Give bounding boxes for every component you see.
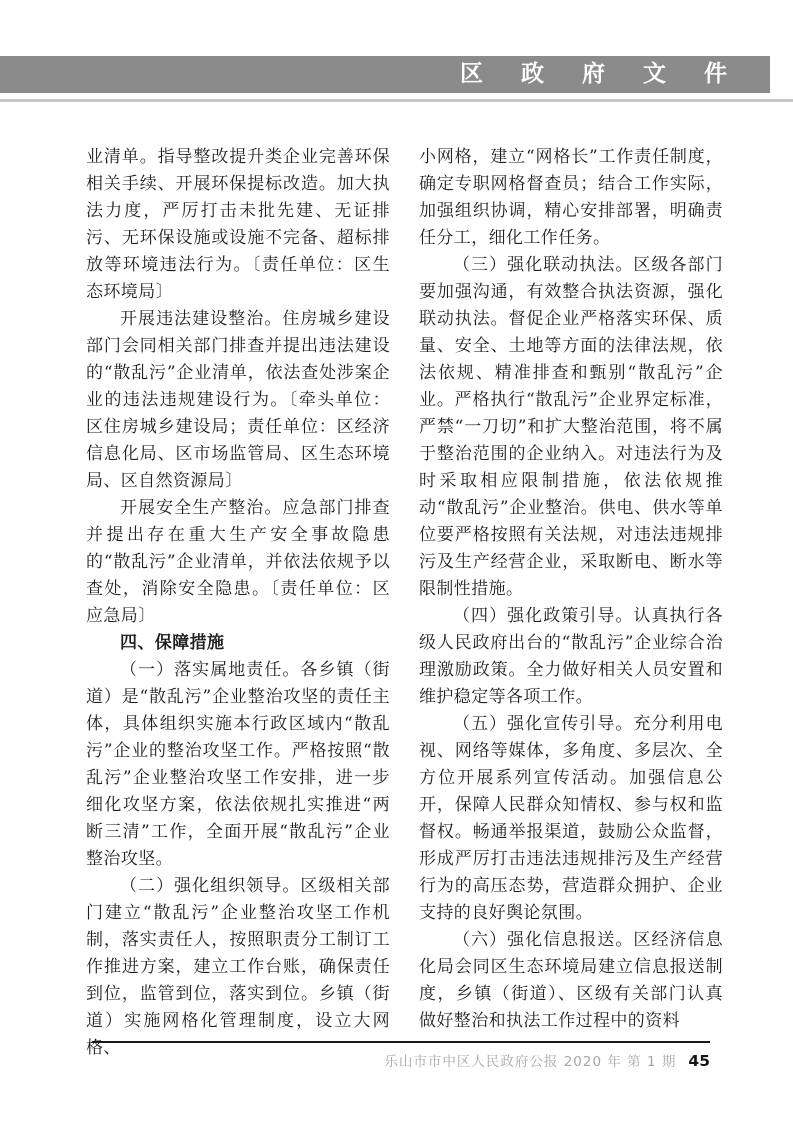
gazette-page: 区 政 府 文 件 业清单。指导整改提升类企业完善环保相关手续、开展环保提标改造… [0,0,793,1122]
section-heading: 四、保障措施 [86,630,390,657]
paragraph: 开展违法建设整治。住房城乡建设部门会同相关部门排查并提出违法建设的“散乱污”企业… [86,306,390,495]
paragraph: （五）强化宣传引导。充分利用电视、网络等媒体，多角度、多层次、全方位开展系列宣传… [419,711,723,927]
paragraph: 开展安全生产整治。应急部门排查并提出存在重大生产安全事故隐患的“散乱污”企业清单… [86,495,390,630]
footer-publication-text: 乐山市市中区人民政府公报 2020 年 第 1 期 [384,1054,676,1070]
footer-page-number: 45 [688,1052,710,1070]
header-title: 区 政 府 文 件 [460,63,742,86]
paragraph: （二）强化组织领导。区级相关部门建立“散乱污”企业整治攻坚工作机制，落实责任人，… [86,873,390,1062]
paragraph: 业清单。指导整改提升类企业完善环保相关手续、开展环保提标改造。加大执法力度，严厉… [86,144,390,306]
paragraph: （六）强化信息报送。区经济信息化局会同区生态环境局建立信息报送制度，乡镇（街道）… [419,927,723,1035]
header-rule [0,99,793,102]
footer-rule [92,1041,710,1043]
paragraph: （四）强化政策引导。认真执行各级人民政府出台的“散乱污”企业综合治理激励政策。全… [419,603,723,711]
header-bar: 区 政 府 文 件 [0,56,770,93]
paragraph: （一）落实属地责任。各乡镇（街道）是“散乱污”企业整治攻坚的责任主体，具体组织实… [86,657,390,873]
text-column-right: 小网格，建立“网格长”工作责任制度，确定专职网格督查员；结合工作实际，加强组织协… [419,144,723,1035]
footer: 乐山市市中区人民政府公报 2020 年 第 1 期 45 [92,1050,710,1070]
paragraph: （三）强化联动执法。区级各部门要加强沟通，有效整合执法资源，强化联动执法。督促企… [419,252,723,603]
text-column-left: 业清单。指导整改提升类企业完善环保相关手续、开展环保提标改造。加大执法力度，严厉… [86,144,390,1062]
paragraph: 小网格，建立“网格长”工作责任制度，确定专职网格督查员；结合工作实际，加强组织协… [419,144,723,252]
